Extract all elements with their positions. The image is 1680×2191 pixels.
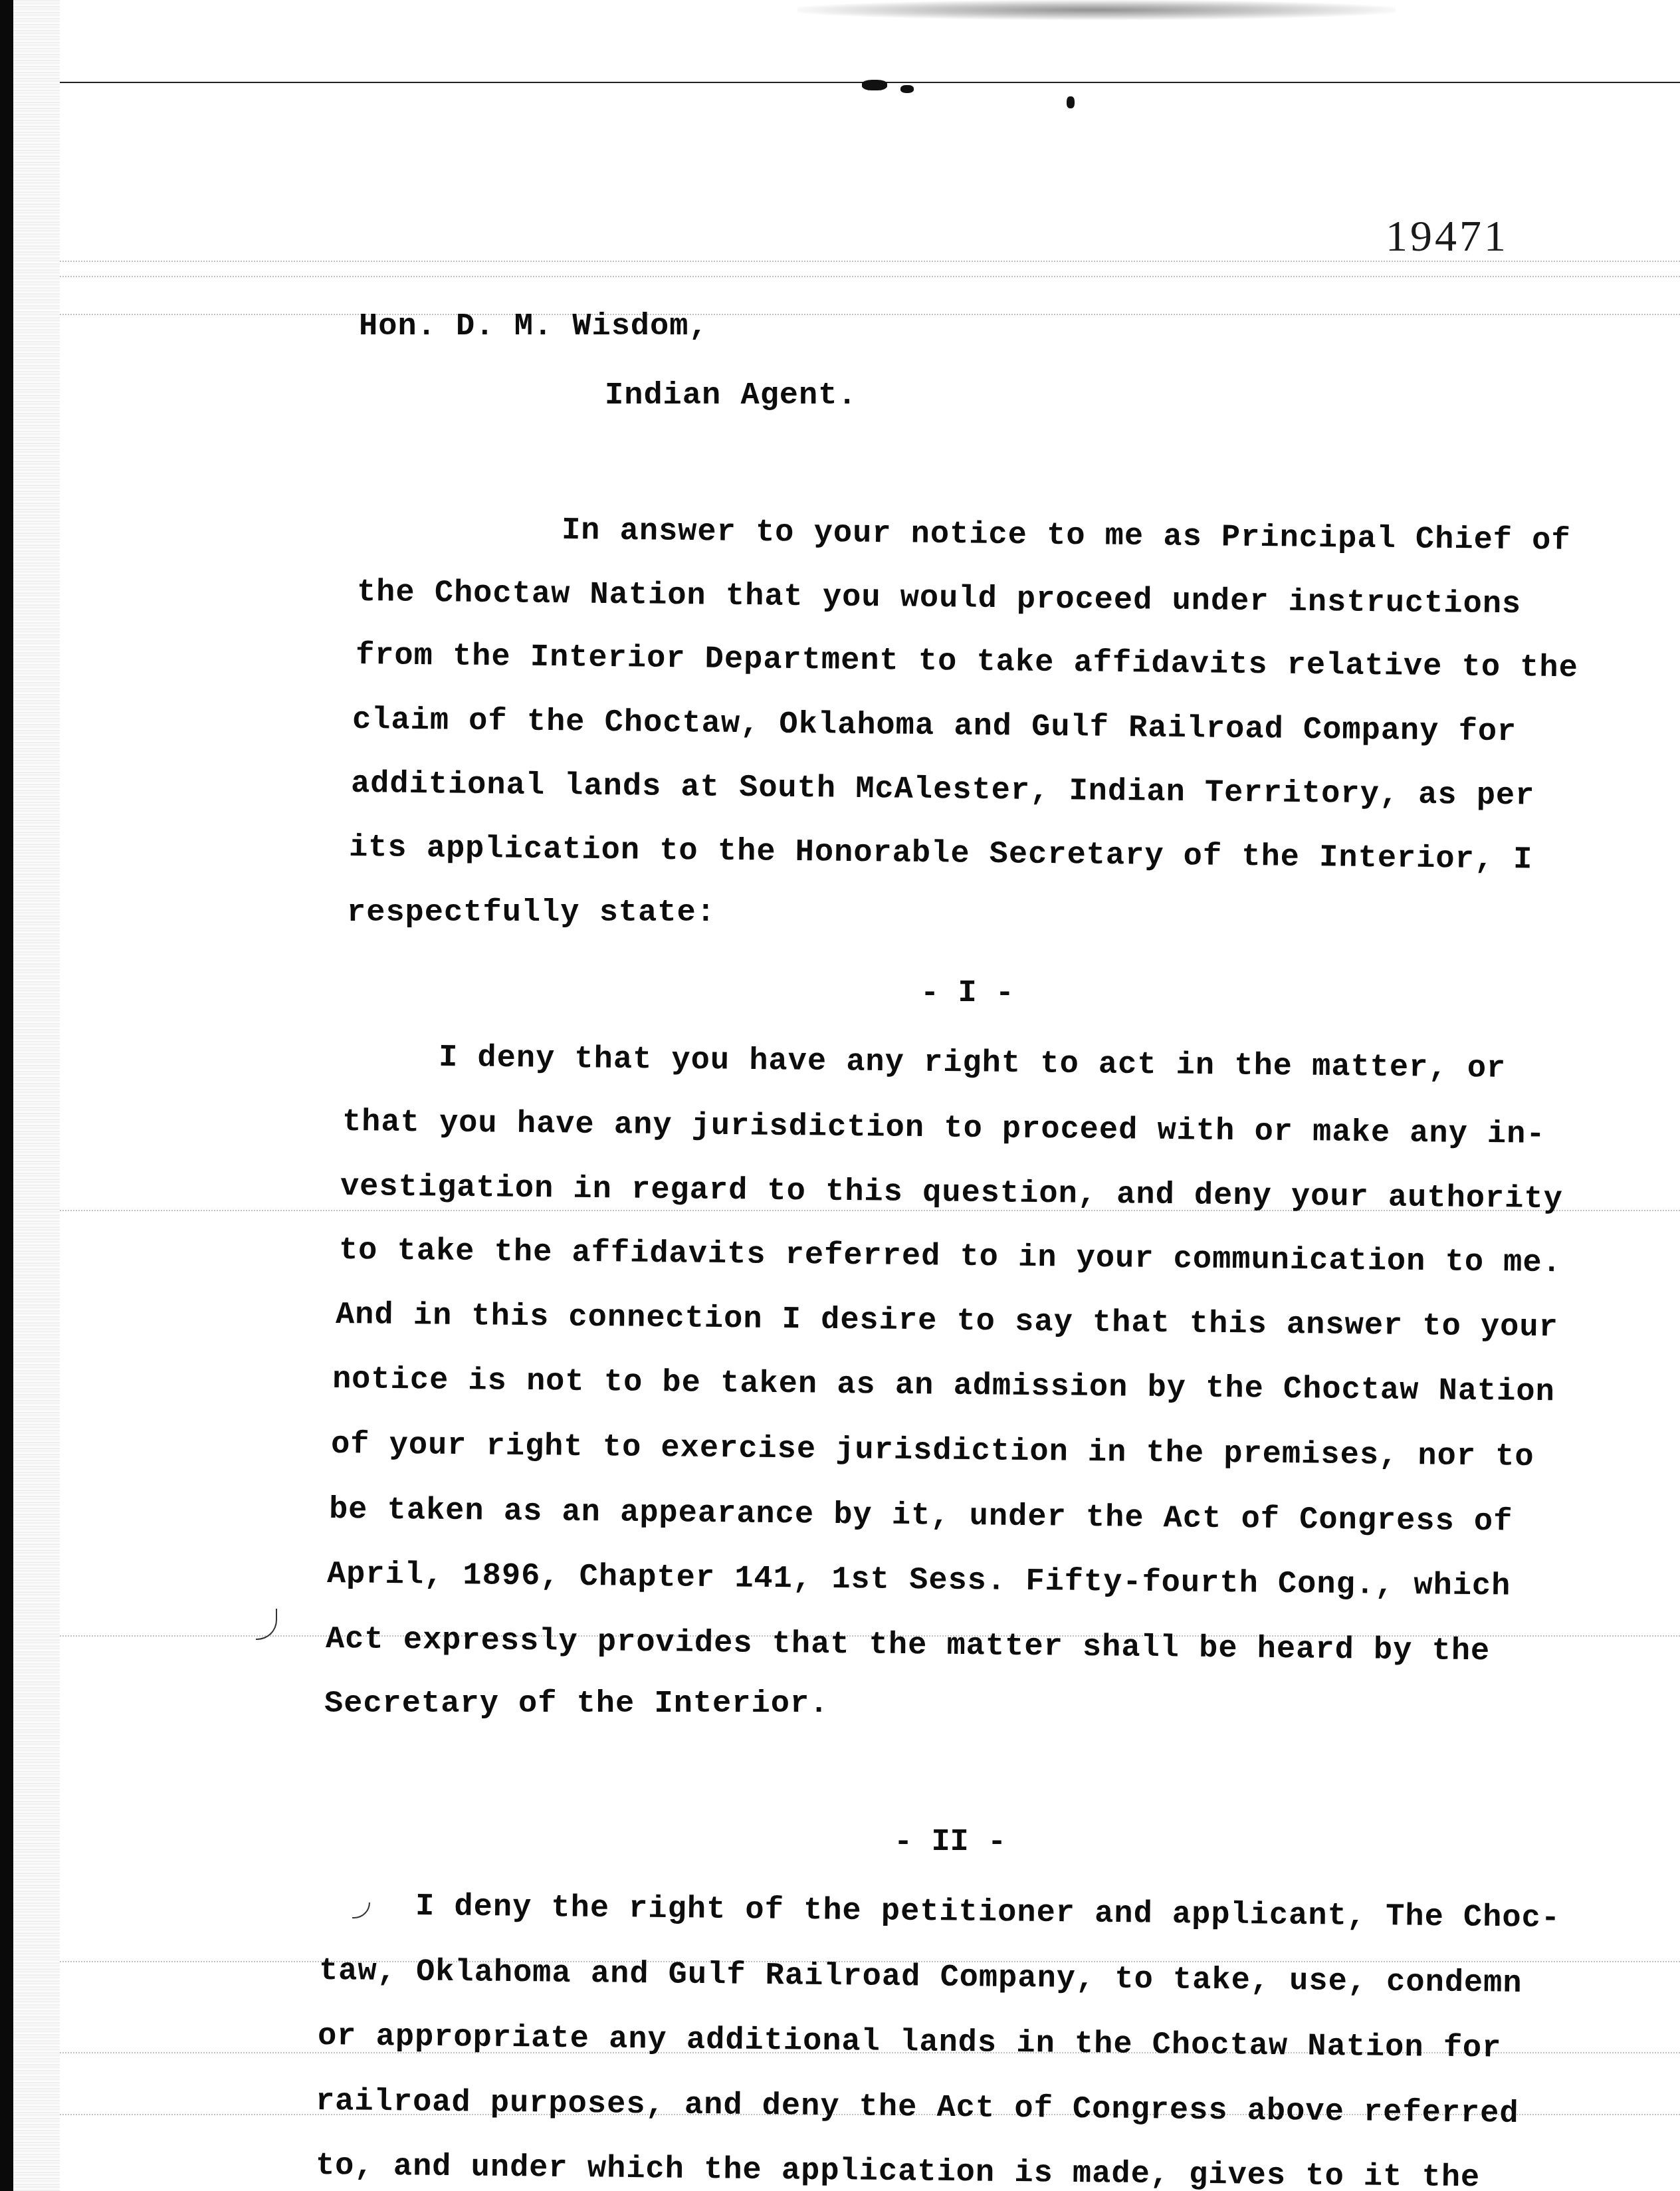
scan-smudge (797, 0, 1396, 20)
paragraph-line: to take the affidavits referred to in yo… (339, 1235, 1562, 1279)
paragraph-line: Act expressly provides that the matter s… (326, 1624, 1491, 1667)
paragraph-line: to, and under which the application is m… (316, 2150, 1481, 2191)
paragraph-line: from the Interior Department to take aff… (356, 640, 1578, 684)
paragraph-line: or appropriate any additional lands in t… (318, 2021, 1502, 2065)
paragraph-line: be taken as an appearance by it, under t… (329, 1494, 1513, 1538)
paragraph-line: the Choctaw Nation that you would procee… (357, 577, 1522, 620)
paragraph-line: railroad purposes, and deny the Act of C… (316, 2086, 1519, 2130)
paragraph-line: vestigation in regard to this question, … (340, 1171, 1563, 1215)
ink-blot (900, 85, 914, 93)
ink-blot (1067, 96, 1075, 108)
paragraph-line: And in this connection I desire to say t… (336, 1300, 1558, 1343)
paragraph-line: April, 1896, Chapter 141, 1st Sess. Fift… (327, 1559, 1511, 1603)
addressee-title: Indian Agent. (605, 380, 857, 411)
paragraph-line: that you have any jurisdiction to procee… (342, 1107, 1546, 1151)
paragraph-line: In answer to your notice to me as Princi… (562, 515, 1571, 557)
paragraph-line: claim of the Choctaw, Oklahoma and Gulf … (352, 705, 1517, 748)
pencil-mark (352, 1903, 370, 1918)
scan-noise (13, 0, 60, 2191)
paragraph-line: its application to the Honorable Secreta… (349, 832, 1533, 876)
scan-border (0, 0, 13, 2191)
paragraph-line: notice is not to be taken as an admissio… (332, 1364, 1555, 1408)
section-heading: - II - (894, 1825, 1006, 1860)
paragraph-line: respectfully state: (347, 897, 716, 929)
paragraph-line: I deny that you have any right to act in… (439, 1042, 1507, 1085)
document-number: 19471 (1386, 211, 1509, 262)
ruled-line (60, 314, 1680, 316)
paragraph-line: I deny the right of the petitioner and a… (415, 1891, 1560, 1934)
ink-blot (862, 80, 887, 90)
section-heading: - I - (920, 976, 1014, 1011)
ruled-line (60, 276, 1680, 278)
paragraph-line: Secretary of the Interior. (324, 1688, 829, 1720)
paragraph-line: additional lands at South McAlester, Ind… (351, 768, 1535, 812)
paragraph-line: of your right to exercise jurisdiction i… (331, 1429, 1534, 1473)
addressee: Hon. D. M. Wisdom, (359, 311, 708, 342)
